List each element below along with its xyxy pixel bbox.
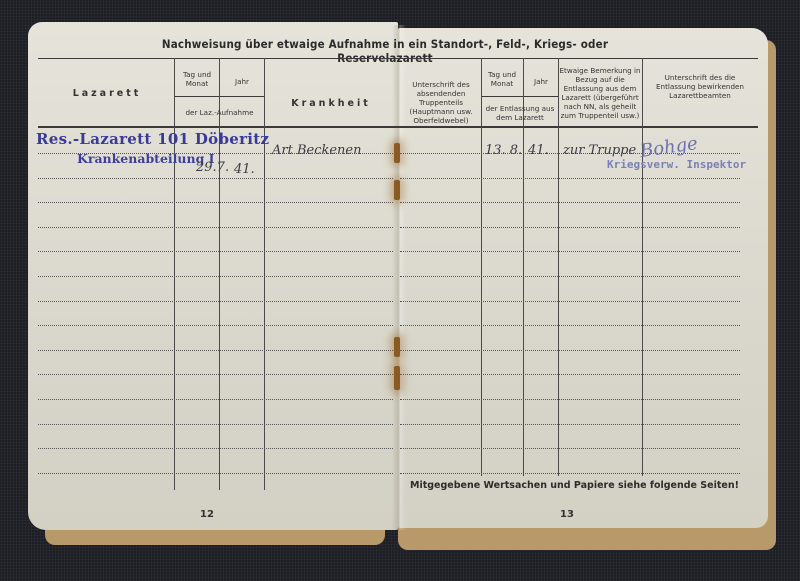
staple	[394, 143, 400, 163]
col-header-krankheit: Krankheit	[266, 99, 396, 108]
dotted-rule	[38, 178, 393, 179]
dotted-rule	[38, 448, 393, 449]
dotted-rule	[400, 301, 740, 302]
col-header-bemerkung: Etwaige Bemerkung in Bezug auf die Entla…	[559, 66, 641, 120]
document-heading: Nachweisung über etwaige Aufnahme in ein…	[120, 37, 650, 65]
col-divider	[219, 58, 220, 490]
subheader-rule-right	[481, 96, 558, 97]
discharge-year: 41.	[528, 143, 549, 158]
dotted-rule	[38, 251, 393, 252]
header-top-rule	[38, 58, 758, 59]
discharge-date: 13. 8.	[485, 143, 522, 158]
hospital-stamp-line1: Res.-Lazarett 101 Döberitz	[36, 130, 269, 148]
col-header-unterschrift-beamten: Unterschrift des die Entlassung bewirken…	[645, 73, 755, 100]
staple	[394, 180, 400, 200]
dotted-rule	[400, 276, 740, 277]
dotted-rule	[400, 473, 740, 474]
col-header-entlassung-tag: Tag und Monat	[483, 70, 521, 88]
footer-note: Mitgegebene Wertsachen und Papiere siehe…	[410, 480, 739, 491]
hospital-stamp-line2: Krankenabteilung I	[77, 151, 215, 166]
dotted-rule	[400, 350, 740, 351]
dotted-rule	[400, 424, 740, 425]
admission-date: 29.7.	[196, 160, 229, 175]
dotted-rule	[38, 301, 393, 302]
dotted-rule	[400, 448, 740, 449]
dotted-rule	[38, 227, 393, 228]
col-header-aufnahme-tag: Tag und Monat	[178, 70, 216, 88]
col-divider	[264, 58, 265, 490]
col-header-aufnahme-sub: der Laz.-Aufnahme	[175, 108, 264, 117]
dotted-rule	[38, 350, 393, 351]
page-number-left: 12	[200, 509, 214, 520]
discharge-remark: zur Truppe	[563, 143, 636, 158]
staple	[394, 337, 400, 357]
dotted-rule	[400, 325, 740, 326]
col-header-aufnahme-jahr: Jahr	[220, 77, 264, 86]
dotted-rule	[38, 473, 393, 474]
dotted-rule	[400, 374, 740, 375]
dotted-rule	[38, 276, 393, 277]
dotted-rule	[400, 178, 740, 179]
page-number-right: 13	[560, 509, 574, 520]
dotted-rule	[38, 325, 393, 326]
dotted-rule	[400, 251, 740, 252]
col-header-entlassung-sub: der Entlassung aus dem Lazarett	[482, 104, 558, 122]
col-header-lazarett: Lazarett	[40, 89, 174, 98]
col-header-unterschrift-truppenteil: Unterschrift des absendenden Truppenteil…	[402, 80, 480, 125]
dotted-rule	[38, 424, 393, 425]
illness-entry: Art Beckenen	[272, 143, 362, 158]
col-header-entlassung-jahr: Jahr	[524, 77, 558, 86]
dotted-rule	[400, 399, 740, 400]
dotted-rule	[38, 399, 393, 400]
dotted-rule	[400, 202, 740, 203]
dotted-rule	[38, 374, 393, 375]
dotted-rule	[38, 202, 393, 203]
dotted-rule	[400, 227, 740, 228]
col-divider	[174, 58, 175, 490]
admission-year: 41.	[234, 162, 255, 177]
official-stamp: Kriegsverw. Inspektor	[607, 158, 746, 171]
staple	[394, 366, 400, 390]
header-bottom-rule	[38, 126, 758, 128]
col-divider	[642, 58, 643, 476]
col-divider	[558, 58, 559, 476]
